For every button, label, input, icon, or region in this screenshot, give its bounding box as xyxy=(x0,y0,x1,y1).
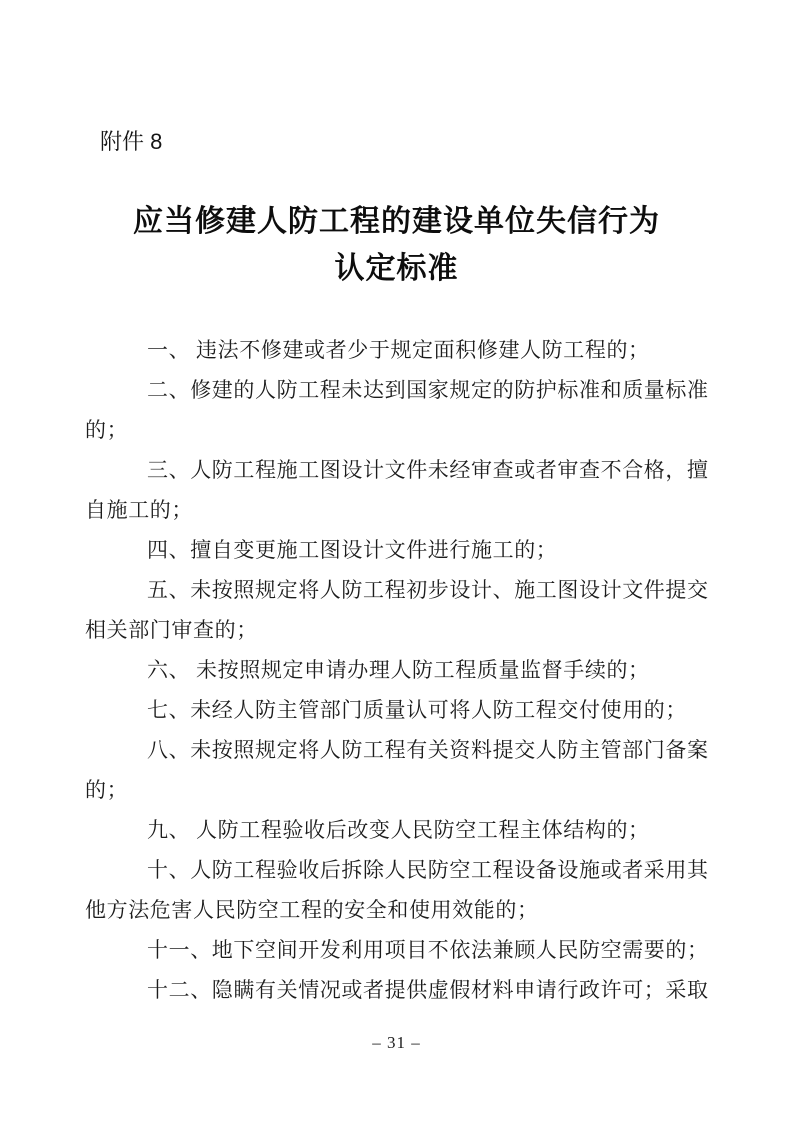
body-line: 十二、隐瞒有关情况或者提供虚假材料申请行政许可；采取 xyxy=(85,970,713,1010)
body-line: 四、擅自变更施工图设计文件进行施工的； xyxy=(85,530,713,570)
body-line: 一、 违法不修建或者少于规定面积修建人防工程的； xyxy=(85,330,713,370)
document-page: 附件 8 应当修建人防工程的建设单位失信行为 认定标准 一、 违法不修建或者少于… xyxy=(0,0,793,1122)
document-title: 应当修建人防工程的建设单位失信行为 认定标准 xyxy=(0,198,793,292)
body-line: 二、修建的人防工程未达到国家规定的防护标准和质量标准 xyxy=(85,370,713,410)
page-number: – 31 – xyxy=(0,1031,793,1055)
body-line: 自施工的； xyxy=(85,490,713,530)
body-line: 三、人防工程施工图设计文件未经审查或者审查不合格，擅 xyxy=(85,450,713,490)
body-line: 五、未按照规定将人防工程初步设计、施工图设计文件提交 xyxy=(85,570,713,610)
body-line: 十一、地下空间开发利用项目不依法兼顾人民防空需要的； xyxy=(85,930,713,970)
body-line: 的； xyxy=(85,770,713,810)
body-line: 的； xyxy=(85,410,713,450)
document-title-line2: 认定标准 xyxy=(335,252,459,285)
body-line: 六、 未按照规定申请办理人防工程质量监督手续的； xyxy=(85,650,713,690)
document-body: 一、 违法不修建或者少于规定面积修建人防工程的；二、修建的人防工程未达到国家规定… xyxy=(85,330,713,1010)
body-line: 十、人防工程验收后拆除人民防空工程设备设施或者采用其 xyxy=(85,850,713,890)
body-line: 八、未按照规定将人防工程有关资料提交人防主管部门备案 xyxy=(85,730,713,770)
body-line: 七、未经人防主管部门质量认可将人防工程交付使用的； xyxy=(85,690,713,730)
document-title-line1: 应当修建人防工程的建设单位失信行为 xyxy=(133,205,660,238)
attachment-label: 附件 8 xyxy=(100,129,162,155)
body-line: 九、 人防工程验收后改变人民防空工程主体结构的； xyxy=(85,810,713,850)
body-line: 他方法危害人民防空工程的安全和使用效能的； xyxy=(85,890,713,930)
body-line: 相关部门审查的； xyxy=(85,610,713,650)
